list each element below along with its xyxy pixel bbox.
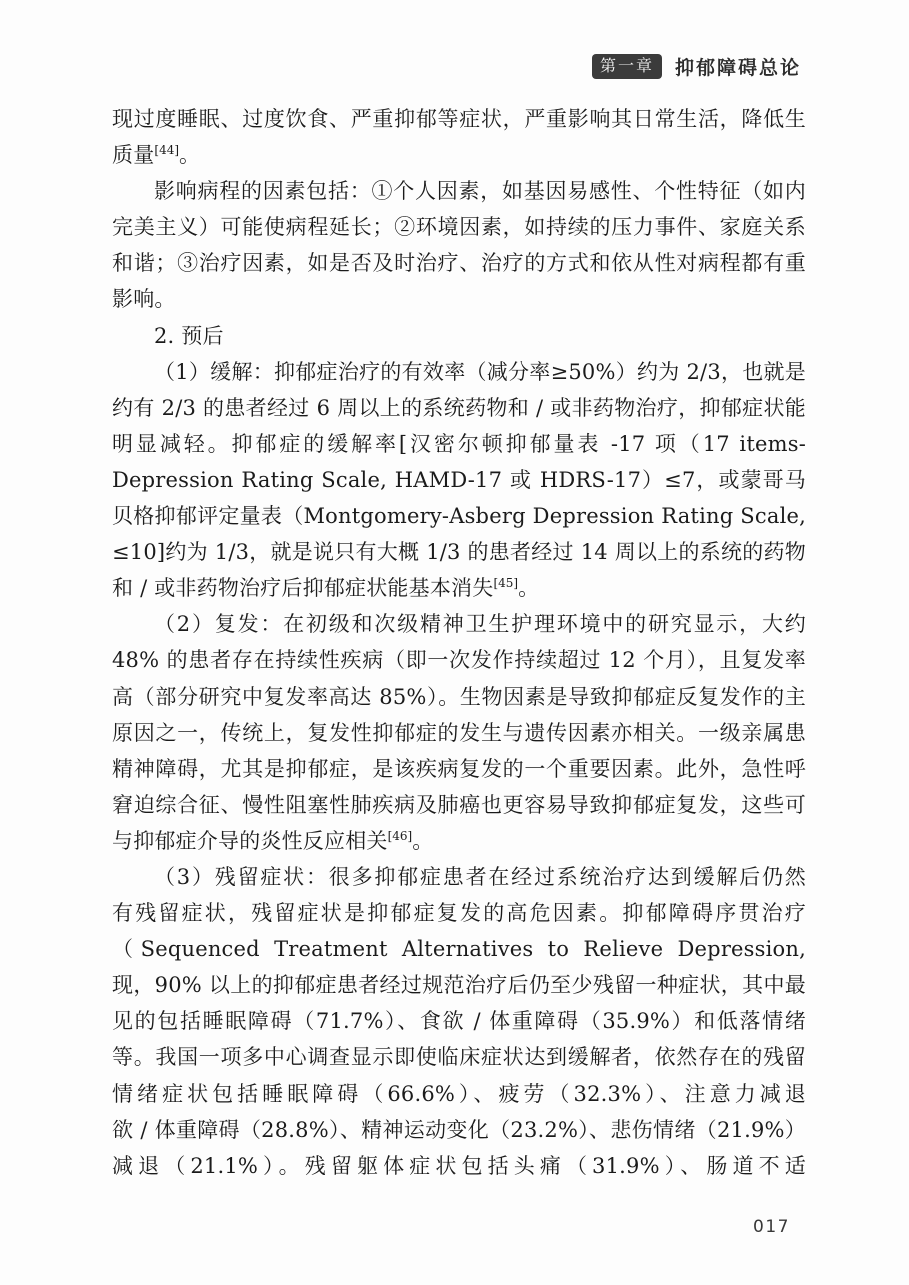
book-page: 第一章 抑郁障碍总论 现过度睡眠、过度饮食、严重抑郁等症状，严重影响其日常生活，… [0,0,909,1285]
text-line: 48% 的患者存在持续性疾病（即一次发作持续超过 12 个月），且复发率非常 [112,642,806,678]
text-line: 窘迫综合征、慢性阻塞性肺疾病及肺癌也更容易导致抑郁症复发，这些可能 [112,787,806,823]
text-line: 和谐；③治疗因素，如是否及时治疗、治疗的方式和依从性对病程都有重要 [112,245,806,281]
page-number: 017 [753,1217,790,1237]
text-line: 约有 2/3 的患者经过 6 周以上的系统药物和 / 或非药物治疗，抑郁症状能够 [112,390,806,426]
citation-ref: [45] [493,576,518,590]
text-line: 影响病程的因素包括：①个人因素，如基因易感性、个性特征（如内向、 [112,173,806,209]
text-line: 贝格抑郁评定量表（Montgomery-Asberg Depression Ra… [112,498,806,534]
text-line: 原因之一，传统上，复发性抑郁症的发生与遗传因素亦相关。一级亲属患有 [112,715,806,751]
text-line: 高（部分研究中复发率高达 85%）。生物因素是导致抑郁症反复发作的主要 [112,679,806,715]
chapter-header: 第一章 抑郁障碍总论 [592,53,801,80]
chapter-badge: 第一章 [592,54,662,79]
text-line: （1）缓解：抑郁症治疗的有效率（减分率≥50%）约为 2/3，也就是说大 [112,354,806,390]
text-line: 与抑郁症介导的炎性反应相关[46]。 [112,823,806,859]
text-line: 和 / 或非药物治疗后抑郁症状能基本消失[45]。 [112,570,806,606]
body-text: 现过度睡眠、过度饮食、严重抑郁等症状，严重影响其日常生活，降低生活 质量[44]… [112,101,806,1184]
text-line: 减退（21.1%）。残留躯体症状包括头痛（31.9%）、肠道不适（31.3%）、… [112,1148,806,1184]
text-line: 见的包括睡眠障碍（71.7%）、食欲 / 体重障碍（35.9%）和低落情绪（27… [112,1003,806,1039]
text-line: 影响。 [112,281,806,317]
citation-ref: [44] [154,143,179,157]
section-heading: 2. 预后 [112,318,806,354]
text-line: 现，90% 以上的抑郁症患者经过规范治疗后仍至少残留一种症状，其中最常 [112,967,806,1003]
text-line: Depression Rating Scale, HAMD-17 或 HDRS-… [112,462,806,498]
text-line: ≤10]约为 1/3，就是说只有大概 1/3 的患者经过 14 周以上的系统的药… [112,534,806,570]
text-line: 情绪症状包括睡眠障碍（66.6%）、疲劳（32.3%）、注意力减退（31.3%）… [112,1076,806,1112]
text-line: （3）残留症状：很多抑郁症患者在经过系统治疗达到缓解后仍然 [112,859,806,895]
text-line: 现过度睡眠、过度饮食、严重抑郁等症状，严重影响其日常生活，降低生活 [112,101,806,137]
chapter-title: 抑郁障碍总论 [675,53,801,80]
text-line: 有残留症状，残留症状是抑郁症复发的高危因素。抑郁障碍序贯治疗 [112,895,806,931]
text-line: 等。我国一项多中心调查显示即使临床症状达到缓解者，依然存在的残留 [112,1039,806,1075]
text-line: 精神障碍，尤其是抑郁症，是该疾病复发的一个重要因素。此外，急性呼吸 [112,751,806,787]
text-line: 完美主义）可能使病程延长；②环境因素，如持续的压力事件、家庭关系不 [112,209,806,245]
citation-ref: [46] [388,829,413,843]
text-line: 明显减轻。抑郁症的缓解率[汉密尔顿抑郁量表 -17 项（17 items-Ham… [112,426,806,462]
text-line: （Sequenced Treatment Alternatives to Rel… [112,931,806,967]
text-line: （2）复发：在初级和次级精神卫生护理环境中的研究显示，大约 34%~ [112,606,806,642]
text-line: 欲 / 体重障碍（28.8%）、精神运动变化（23.2%）、悲伤情绪（21.9%… [112,1112,806,1148]
text-line: 质量[44]。 [112,137,806,173]
